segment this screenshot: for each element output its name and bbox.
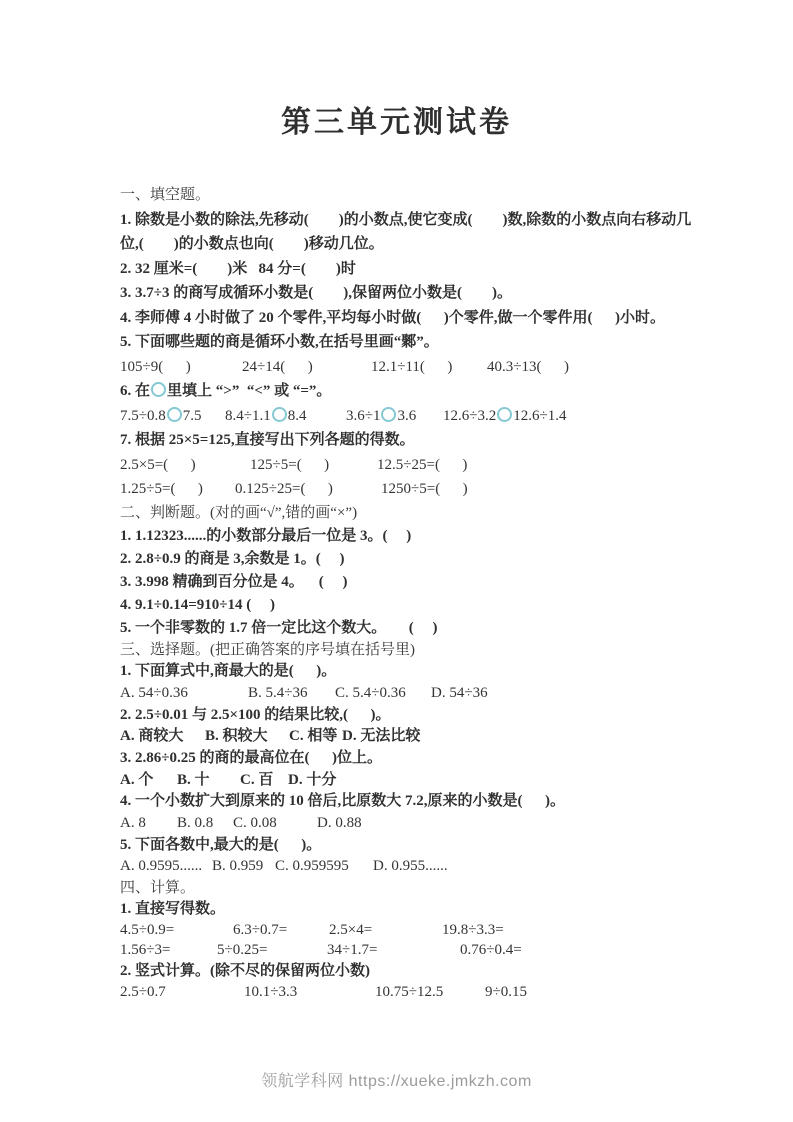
option-item: C. 0.08 — [233, 813, 277, 835]
fill-in-q5: 5. 下面哪些题的商是循环小数,在括号里画“鄹”。 — [120, 330, 692, 355]
choice-q4: 4. 一个小数扩大到原来的 10 倍后,比原数大 7.2,原来的小数是( )。 — [120, 791, 692, 813]
option-item: A. 8 — [120, 813, 146, 835]
equation-item: 2.5÷0.7 — [120, 982, 166, 1003]
comparison-left: 8.4÷1.1 — [225, 408, 271, 424]
fill-in-q7-row1: 2.5×5=( ) 125÷5=( ) 12.5÷25=( ) — [120, 453, 692, 478]
comparison-right: 7.5 — [183, 408, 202, 424]
choice-q1: 1. 下面算式中,商最大的是( )。 — [120, 661, 692, 683]
comparison-item: 3.6÷13.6 — [346, 404, 416, 429]
fill-in-q4: 4. 李师傅 4 小时做了 20 个零件,平均每小时做( )个零件,做一个零件用… — [120, 306, 692, 331]
option-item: D. 54÷36 — [431, 683, 488, 705]
equation-item: 24÷14( ) — [242, 355, 313, 380]
choice-q2-options-row: A. 商较大 B. 积较大 C. 相等 D. 无法比较 — [120, 726, 692, 748]
option-item: B. 十 — [177, 770, 210, 792]
comparison-left: 12.6÷3.2 — [443, 408, 496, 424]
choice-q2: 2. 2.5÷0.01 与 2.5×100 的结果比较,( )。 — [120, 705, 692, 727]
fill-in-q2: 2. 32 厘米=( )米 84 分=( )时 — [120, 257, 692, 282]
comparison-item: 8.4÷1.18.4 — [225, 404, 306, 429]
fill-in-heading: 一、填空题。 — [120, 183, 692, 208]
equation-item: 2.5×5=( ) — [120, 453, 196, 478]
comparison-right: 12.6÷1.4 — [513, 408, 566, 424]
choice-q3-options-row: A. 个 B. 十 C. 百 D. 十分 — [120, 770, 692, 792]
fill-in-q3: 3. 3.7÷3 的商写成循环小数是( ),保留两位小数是( )。 — [120, 281, 692, 306]
calc-mental-row2: 1.56÷3= 5÷0.25= 34÷1.7= 0.76÷0.4= — [120, 940, 692, 961]
judge-item-4: 4. 9.1÷0.14=910÷14 ( ) — [120, 594, 692, 617]
equation-item: 0.125÷25=( ) — [235, 477, 333, 502]
option-item: B. 5.4÷36 — [248, 683, 308, 705]
calc-vertical-row: 2.5÷0.7 10.1÷3.3 10.75÷12.5 9÷0.15 — [120, 982, 692, 1003]
option-item: B. 0.959 — [212, 856, 263, 878]
option-item: A. 商较大 — [120, 726, 183, 748]
calc-mental-row1: 4.5÷0.9= 6.3÷0.7= 2.5×4= 19.8÷3.3= — [120, 920, 692, 941]
calc-sub2: 2. 竖式计算。(除不尽的保留两位小数) — [120, 961, 692, 982]
equation-item: 12.5÷25=( ) — [377, 453, 467, 478]
equation-item: 34÷1.7= — [327, 940, 377, 961]
option-item: A. 0.9595...... — [120, 856, 202, 878]
equation-item: 1250÷5=( ) — [381, 477, 468, 502]
option-item: D. 无法比较 — [342, 726, 420, 748]
compare-circle-icon — [167, 407, 182, 422]
option-item: D. 十分 — [288, 770, 336, 792]
judge-heading: 二、判断题。(对的画“√”,错的画“×”) — [120, 502, 692, 525]
fill-in-q7-row2: 1.25÷5=( ) 0.125÷25=( ) 1250÷5=( ) — [120, 477, 692, 502]
compare-circle-icon — [151, 382, 166, 397]
compare-circle-icon — [381, 407, 396, 422]
equation-item: 6.3÷0.7= — [233, 920, 287, 941]
choice-q4-options-row: A. 8 B. 0.8 C. 0.08 D. 0.88 — [120, 813, 692, 835]
watermark-footer: 领航学科网 https://xueke.jmkzh.com — [0, 1068, 793, 1091]
judge-item-2: 2. 2.8÷0.9 的商是 3,余数是 1。( ) — [120, 548, 692, 571]
calc-heading: 四、计算。 — [120, 878, 692, 899]
fill-in-q6-comparisons-row: 7.5÷0.87.5 8.4÷1.18.4 3.6÷13.6 12.6÷3.21… — [120, 404, 692, 429]
equation-item: 10.1÷3.3 — [244, 982, 297, 1003]
page-title: 第三单元测试卷 — [0, 97, 793, 141]
option-item: B. 0.8 — [177, 813, 213, 835]
fill-in-q6: 6. 在里填上 “>” “<” 或 “=”。 — [120, 379, 692, 404]
equation-item: 1.56÷3= — [120, 940, 170, 961]
equation-item: 19.8÷3.3= — [442, 920, 504, 941]
option-item: C. 0.959595 — [275, 856, 349, 878]
option-item: A. 个 — [120, 770, 153, 792]
option-item: B. 积较大 — [205, 726, 268, 748]
option-item: D. 0.955...... — [373, 856, 448, 878]
judge-item-5: 5. 一个非零数的 1.7 倍一定比这个数大。 ( ) — [120, 617, 692, 640]
option-item: A. 54÷0.36 — [120, 683, 188, 705]
equation-item: 105÷9( ) — [120, 355, 191, 380]
choice-q5: 5. 下面各数中,最大的是( )。 — [120, 835, 692, 857]
comparison-item: 12.6÷3.212.6÷1.4 — [443, 404, 566, 429]
fill-in-q1-line1: 1. 除数是小数的除法,先移动( )的小数点,使它变成( )数,除数的小数点向右… — [120, 208, 692, 233]
equation-item: 0.76÷0.4= — [460, 940, 522, 961]
judge-item-1: 1. 1.12323......的小数部分最后一位是 3。( ) — [120, 525, 692, 548]
option-item: C. 5.4÷0.36 — [335, 683, 406, 705]
comparison-right: 3.6 — [397, 408, 416, 424]
choice-q1-options-row: A. 54÷0.36 B. 5.4÷36 C. 5.4÷0.36 D. 54÷3… — [120, 683, 692, 705]
fill-in-q7: 7. 根据 25×5=125,直接写出下列各题的得数。 — [120, 428, 692, 453]
equation-item: 10.75÷12.5 — [375, 982, 443, 1003]
equation-item: 125÷5=( ) — [250, 453, 329, 478]
option-item: D. 0.88 — [317, 813, 362, 835]
equation-item: 9÷0.15 — [485, 982, 527, 1003]
comparison-item: 7.5÷0.87.5 — [120, 404, 201, 429]
comparison-left: 7.5÷0.8 — [120, 408, 166, 424]
fill-in-q1-line2: 位,( )的小数点也向( )移动几位。 — [120, 232, 692, 257]
q6-suffix: 里填上 “>” “<” 或 “=”。 — [167, 383, 331, 399]
paper-body: 一、填空题。 1. 除数是小数的除法,先移动( )的小数点,使它变成( )数,除… — [120, 183, 692, 1003]
compare-circle-icon — [497, 407, 512, 422]
option-item: C. 相等 — [289, 726, 337, 748]
judge-item-3: 3. 3.998 精确到百分位是 4。 ( ) — [120, 571, 692, 594]
choice-q5-options-row: A. 0.9595...... B. 0.959 C. 0.959595 D. … — [120, 856, 692, 878]
choice-heading: 三、选择题。(把正确答案的序号填在括号里) — [120, 640, 692, 662]
equation-item: 40.3÷13( ) — [487, 355, 569, 380]
equation-item: 1.25÷5=( ) — [120, 477, 203, 502]
option-item: C. 百 — [240, 770, 273, 792]
equation-item: 12.1÷11( ) — [371, 355, 452, 380]
comparison-right: 8.4 — [288, 408, 307, 424]
test-paper-page: 第三单元测试卷 一、填空题。 1. 除数是小数的除法,先移动( )的小数点,使它… — [0, 0, 793, 1122]
choice-q3: 3. 2.86÷0.25 的商的最高位在( )位上。 — [120, 748, 692, 770]
equation-item: 5÷0.25= — [217, 940, 267, 961]
fill-in-q5-equations-row: 105÷9( ) 24÷14( ) 12.1÷11( ) 40.3÷13( ) — [120, 355, 692, 380]
comparison-left: 3.6÷1 — [346, 408, 380, 424]
calc-sub1: 1. 直接写得数。 — [120, 899, 692, 920]
compare-circle-icon — [272, 407, 287, 422]
equation-item: 4.5÷0.9= — [120, 920, 174, 941]
equation-item: 2.5×4= — [329, 920, 372, 941]
